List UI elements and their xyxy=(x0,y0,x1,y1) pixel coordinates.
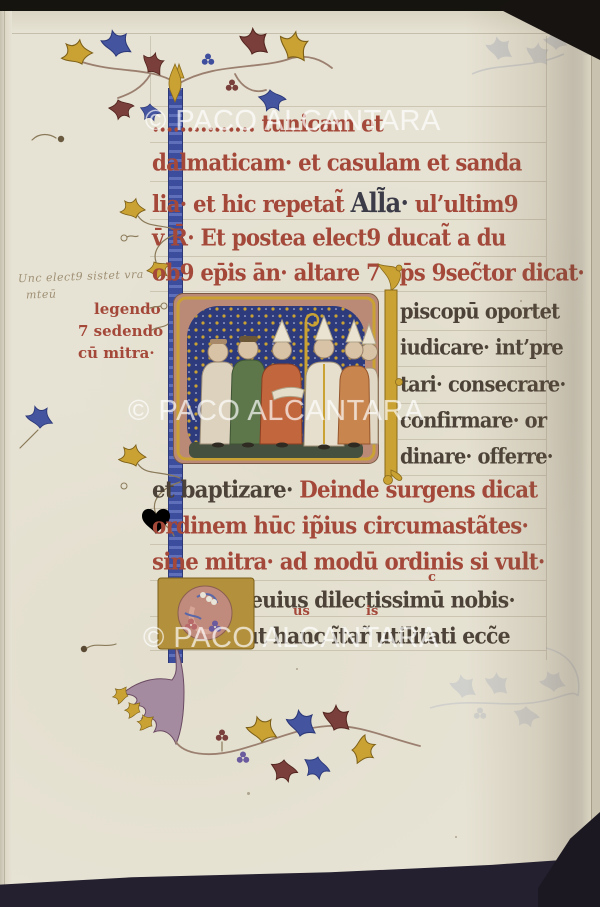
text-segment: et baptizare· xyxy=(152,476,299,504)
margin-blue-sprig xyxy=(14,408,60,454)
margin-note-cursive-line2: mteū xyxy=(26,287,57,301)
superscript-correction: is xyxy=(366,604,378,619)
text-segment: lia· et hic repetat̃ xyxy=(152,190,351,218)
manuscript-photo: Unc elect9 sistet vra mteū legendo 7 sed… xyxy=(0,0,600,907)
parchment-speck xyxy=(247,792,250,795)
text-line: v̄ R̄· Et postea elect9 ducat̃ a du xyxy=(152,224,506,252)
ivy-vine-bottom xyxy=(88,642,433,767)
page-curvature-shadow xyxy=(465,0,600,907)
initial-letter-gold-stem xyxy=(376,262,404,487)
watermark: © PACO ALCANTARA xyxy=(128,395,424,428)
margin-pen-squiggle xyxy=(30,122,70,148)
page-left-edge xyxy=(0,0,12,907)
parchment-speck xyxy=(455,836,457,838)
superscript-correction: c xyxy=(428,570,436,585)
superscript-correction: us xyxy=(293,604,310,619)
text-segment-alleluia: All̃a· xyxy=(351,187,409,218)
watermark: © PACO ALCANTARA xyxy=(143,622,439,655)
margin-note-cursive-line1: Unc elect9 sistet vra xyxy=(18,268,144,285)
watermark: © PACO ALCANTARA xyxy=(145,105,441,138)
margin-note-red-line3: cū mitra· xyxy=(78,344,155,362)
text-line: lia· et hic repetat̃ All̃a· ul’ultim9 xyxy=(152,187,518,218)
margin-note-flourish xyxy=(148,298,172,338)
historiated-initial-miniature xyxy=(172,292,380,465)
book-fore-edge-outer xyxy=(592,45,600,863)
book-fore-edge xyxy=(582,55,592,847)
border-bar-finial xyxy=(162,64,188,104)
parchment-speck xyxy=(296,668,298,670)
